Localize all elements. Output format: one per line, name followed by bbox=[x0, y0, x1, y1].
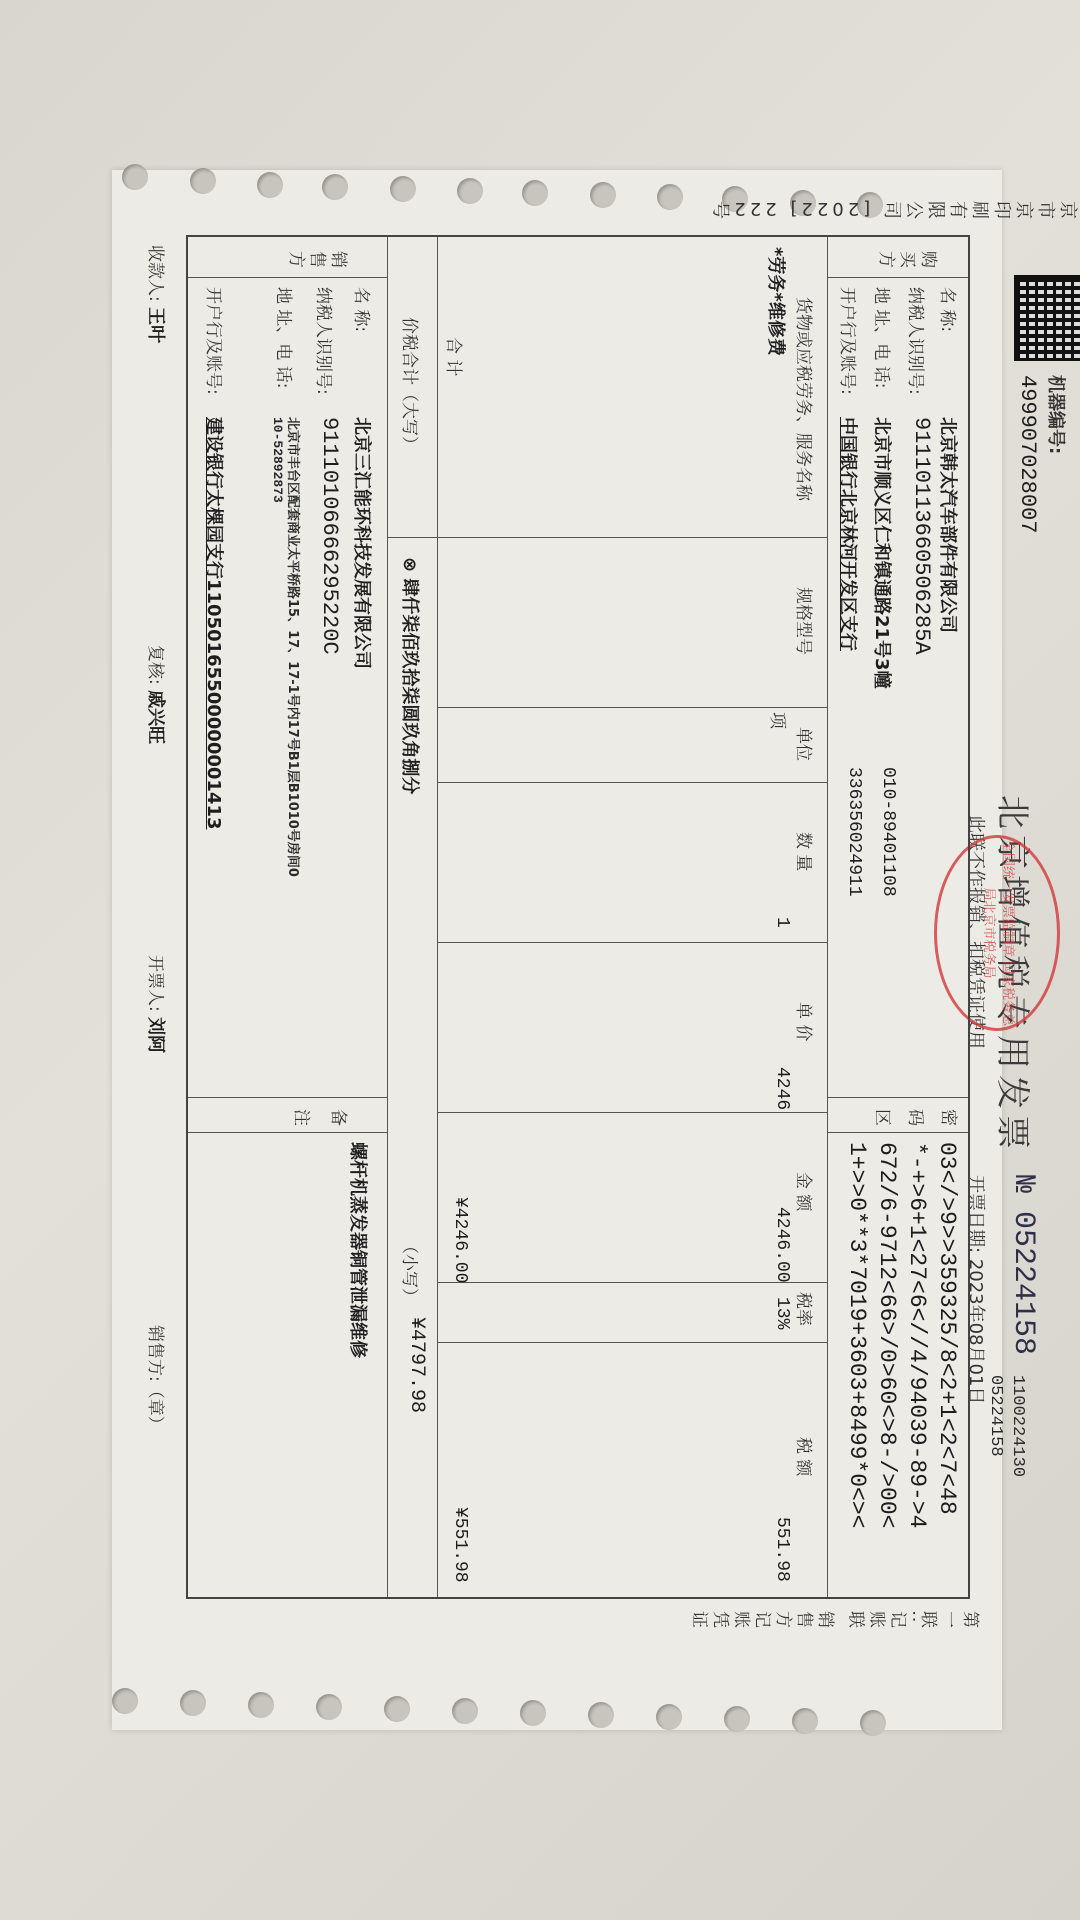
reviewer-label: 复核: bbox=[145, 645, 165, 685]
col-header-unit: 单位 bbox=[793, 727, 818, 761]
item-tax: 551.98 bbox=[772, 1517, 792, 1582]
drawer-label: 开票人: bbox=[145, 955, 165, 1012]
drawer: 开票人: 刘阿 bbox=[144, 955, 170, 1053]
machine-no-label: 机器编号: bbox=[1044, 375, 1070, 454]
col-header-spec: 规格型号 bbox=[793, 587, 818, 655]
grand-total-small-label: （小写） bbox=[399, 1237, 424, 1305]
buyer-phone: 010-89401108 bbox=[878, 767, 898, 897]
buyer-address: 北京市顺义区仁和镇通路21号3幢 bbox=[870, 417, 896, 689]
drawer-name: 刘阿 bbox=[145, 1017, 166, 1053]
cross-circle-icon: ⊗ bbox=[399, 557, 420, 572]
number-small: 05224158 bbox=[984, 1375, 1006, 1477]
buyer-bank-label: 开户行及账号: bbox=[837, 287, 862, 395]
code-number-small: 1100224130 05224158 bbox=[984, 1375, 1028, 1477]
seller-seal-label: 销售方:（章） bbox=[145, 1325, 170, 1433]
buyer-taxid-label: 纳税人识别号: bbox=[905, 287, 930, 395]
seller-address: 北京市丰台区配套商业太平桥路15、17、17-1号内17号B1层B1010号房间… bbox=[285, 417, 304, 1087]
grand-total-label: 价税合计（大写） bbox=[399, 317, 424, 453]
perforation-hole bbox=[122, 164, 148, 190]
perforation-hole bbox=[248, 1692, 274, 1718]
buyer-account: 336356024911 bbox=[844, 767, 864, 897]
password-line: *-+>6+1<27<6<//4/94039-89->4 bbox=[902, 1142, 932, 1528]
col-header-qty: 数 量 bbox=[793, 832, 818, 871]
seller-address-phone: 北京市丰台区配套商业太平桥路15、17、17-1号内17号B1层B1010号房间… bbox=[270, 417, 304, 1087]
vat-invoice: 1100224130 北京增值税专用发票 此联不作报销、扣税凭证使用 全国统一发… bbox=[180, 175, 1000, 1695]
total-amount: ¥4246.00 bbox=[450, 1197, 470, 1283]
buyer-side-label: 购买方 bbox=[875, 245, 938, 270]
number-value: 05224158 bbox=[1006, 1211, 1040, 1355]
invoice-number: № 05224158 bbox=[1006, 1175, 1040, 1355]
reviewer: 复核: 戚兴旺 bbox=[144, 645, 170, 744]
reviewer-name: 戚兴旺 bbox=[145, 690, 166, 744]
col-header-name: 货物或应税劳务、服务名称 bbox=[793, 297, 818, 501]
password-area-label: 密码区 bbox=[859, 1103, 958, 1128]
perforation-hole bbox=[860, 1710, 886, 1736]
number-prefix: № bbox=[1006, 1175, 1040, 1193]
stamp-text: 全国统一发票监制章 国家税务总局北京市税务局 bbox=[981, 838, 1019, 1028]
payee-name: 王叶 bbox=[145, 307, 166, 343]
total-label: 合 计 bbox=[443, 337, 468, 376]
invoice-grid: 购买方 名 称: 北京韩太汽车部件有限公司 纳税人识别号: 9111011366… bbox=[186, 235, 970, 1599]
perforation-hole bbox=[792, 1708, 818, 1734]
grand-total-uppercase-text: 肆仟柒佰玖拾柒圆玖角捌分 bbox=[399, 578, 420, 794]
payee-label: 收款人: bbox=[145, 245, 165, 302]
seller-side-label: 销售方 bbox=[285, 245, 348, 270]
grand-total-small: ¥4797.98 bbox=[405, 1317, 428, 1413]
item-amount: 4246.00 bbox=[772, 1207, 792, 1283]
perforation-hole bbox=[520, 1700, 546, 1726]
seller-name: 北京三汇能环科技发展有限公司 bbox=[350, 417, 376, 669]
perforation-hole bbox=[724, 1706, 750, 1732]
remarks-label: 备注 bbox=[274, 1103, 348, 1128]
col-header-amount: 金 额 bbox=[793, 1172, 818, 1211]
col-header-tax: 税 额 bbox=[793, 1437, 818, 1476]
perforation-hole bbox=[112, 1688, 138, 1714]
buyer-bank: 中国银行北京林河开发区支行 bbox=[836, 417, 862, 651]
item-qty: 1 bbox=[772, 917, 792, 928]
password-line: 672/6-9712<66>/0>60<>8-/>00< bbox=[872, 1142, 902, 1528]
col-header-taxrate: 税率 bbox=[793, 1292, 818, 1326]
perforation-hole bbox=[316, 1694, 342, 1720]
seller-phone: 10-52892873 bbox=[270, 417, 285, 1087]
perforation-hole bbox=[588, 1702, 614, 1728]
seller-name-label: 名 称: bbox=[351, 287, 376, 332]
seller-bank-label: 开户行及账号: bbox=[203, 287, 228, 395]
perforation-hole bbox=[384, 1696, 410, 1722]
payee: 收款人: 王叶 bbox=[144, 245, 170, 343]
item-price: 4246 bbox=[772, 1067, 792, 1110]
total-tax: ¥551.98 bbox=[450, 1507, 470, 1583]
grand-total-uppercase: ⊗ 肆仟柒佰玖拾柒圆玖角捌分 bbox=[398, 557, 424, 794]
qr-code bbox=[1014, 275, 1080, 361]
item-taxrate: 13% bbox=[772, 1297, 792, 1329]
seller-bank: 建设银行太棵园支行11050165500000001413 bbox=[202, 417, 228, 830]
machine-no: 499907028007 bbox=[1015, 375, 1040, 533]
seller-taxid-label: 纳税人识别号: bbox=[313, 287, 338, 395]
remarks-text: 螺杆机蒸发器铜管泄漏维修 bbox=[346, 1142, 372, 1358]
item-name: *劳务*维修费 bbox=[764, 247, 790, 356]
seller-taxid: 91110106666295220C bbox=[317, 417, 342, 655]
password-line: 1+>>0**3*7019+3603+8499*0<>< bbox=[842, 1142, 872, 1528]
buyer-name-label: 名 称: bbox=[937, 287, 962, 332]
perforation-hole bbox=[656, 1704, 682, 1730]
buyer-name: 北京韩太汽车部件有限公司 bbox=[936, 417, 962, 633]
col-header-price: 单 价 bbox=[793, 1002, 818, 1041]
seller-address-label: 地 址、电 话: bbox=[273, 287, 298, 389]
perforation-hole bbox=[452, 1698, 478, 1724]
buyer-address-label: 地 址、电 话: bbox=[871, 287, 896, 389]
item-unit: 项 bbox=[767, 712, 792, 729]
printer-note: 北京市京印刷有限公司 [2022] 222号 bbox=[900, 195, 1080, 221]
code-small: 1100224130 bbox=[1006, 1375, 1028, 1477]
copy-label: 第一联:记账联 销售方记账凭证 bbox=[720, 1605, 980, 1630]
buyer-taxid: 91110113660506285A bbox=[909, 417, 934, 655]
password-area: 03</>9>>359325/8<2+1<2<7<48 *-+>6+1<27<6… bbox=[842, 1142, 962, 1528]
password-line: 03</>9>>359325/8<2+1<2<7<48 bbox=[932, 1142, 962, 1528]
